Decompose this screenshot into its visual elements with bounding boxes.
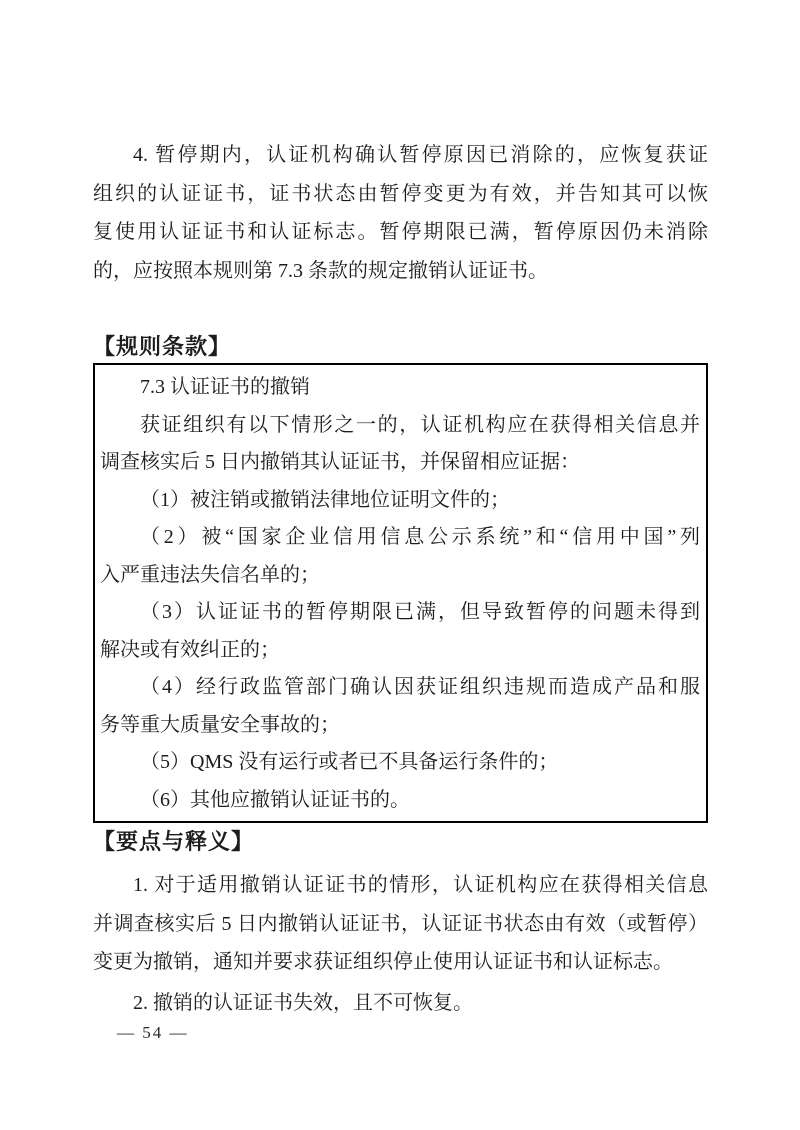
rule-line: （2）被“国家企业信用信息公示系统”和“信用中国”列 <box>100 519 700 557</box>
rule-line: 7.3 认证证书的撤销 <box>100 369 700 407</box>
rule-line: （4）经行政监管部门确认因获证组织违规而造成产品和服 <box>100 669 700 707</box>
page-number: — 54 — <box>117 1021 189 1045</box>
rule-line: 入严重违法失信名单的； <box>100 557 700 595</box>
rule-line: 调查核实后 5 日内撤销其认证证书，并保留相应证据： <box>100 444 700 482</box>
points-interpretation-heading: 【要点与释义】 <box>93 828 708 856</box>
text-line: 1. 对于适用撤销认证证书的情形，认证机构应在获得相关信息 <box>93 866 708 905</box>
text-line: 的，应按照本规则第 7.3 条款的规定撤销认证证书。 <box>93 252 708 291</box>
rule-line: （3）认证证书的暂停期限已满，但导致暂停的问题未得到 <box>100 594 700 632</box>
text-line: 变更为撤销，通知并要求获证组织停止使用认证证书和认证标志。 <box>93 943 708 982</box>
rule-line: （1）被注销或撤销法律地位证明文件的； <box>100 482 700 520</box>
paragraph-suspension: 4. 暂停期内，认证机构确认暂停原因已消除的，应恢复获证 组织的认证证书，证书状… <box>93 136 708 290</box>
text-line: 复使用认证证书和认证标志。暂停期限已满，暂停原因仍未消除 <box>93 213 708 252</box>
document-page: 4. 暂停期内，认证机构确认暂停原因已消除的，应恢复获证 组织的认证证书，证书状… <box>0 0 800 1130</box>
text-line: 组织的认证证书，证书状态由暂停变更为有效，并告知其可以恢 <box>93 175 708 214</box>
rule-line: 获证组织有以下情形之一的，认证机构应在获得相关信息并 <box>100 407 700 445</box>
rule-line: 务等重大质量安全事故的； <box>100 707 700 745</box>
points-item-2: 2. 撤销的认证证书失效，且不可恢复。 <box>93 984 708 1023</box>
text-line: 并调查核实后 5 日内撤销认证证书，认证证书状态由有效（或暂停） <box>93 905 708 944</box>
text-line: 4. 暂停期内，认证机构确认暂停原因已消除的，应恢复获证 <box>93 136 708 175</box>
rule-clause-box: 7.3 认证证书的撤销 获证组织有以下情形之一的，认证机构应在获得相关信息并 调… <box>93 363 708 823</box>
rule-line: （5）QMS 没有运行或者已不具备运行条件的； <box>100 744 700 782</box>
points-item-1: 1. 对于适用撤销认证证书的情形，认证机构应在获得相关信息 并调查核实后 5 日… <box>93 866 708 982</box>
rule-line: （6）其他应撤销认证证书的。 <box>100 782 700 820</box>
rule-line: 解决或有效纠正的； <box>100 632 700 670</box>
rule-clause-heading: 【规则条款】 <box>93 333 708 361</box>
text-line: 2. 撤销的认证证书失效，且不可恢复。 <box>93 984 708 1023</box>
